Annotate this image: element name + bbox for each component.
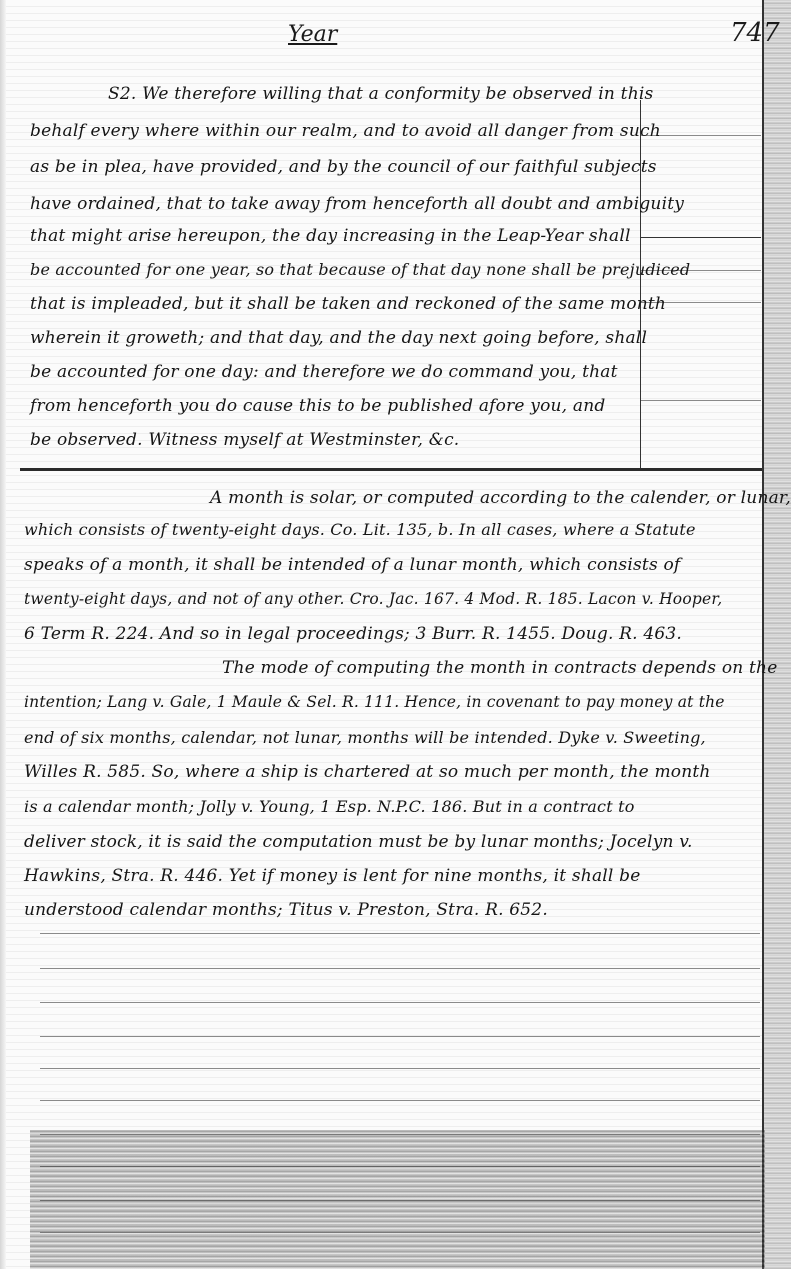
ledger-rule [40, 1036, 760, 1037]
page-right-edge-binding [762, 0, 791, 1269]
month-line: Willes R. 585. So, where a ship is chart… [24, 762, 711, 782]
month-line: The mode of computing the month in contr… [222, 658, 777, 678]
ledger-rule [40, 1068, 760, 1069]
outer-margin-line [762, 0, 764, 1269]
month-line: which consists of twenty-eight days. Co.… [24, 520, 696, 539]
ledger-rule [40, 968, 760, 969]
section-divider [20, 468, 762, 471]
month-line: end of six months, calendar, not lunar, … [24, 728, 706, 747]
month-line: speaks of a month, it shall be intended … [24, 555, 680, 575]
s2-line: from henceforth you do cause this to be … [30, 396, 605, 416]
month-line: Hawkins, Stra. R. 446. Yet if money is l… [24, 866, 641, 886]
s2-line: have ordained, that to take away from he… [30, 194, 684, 214]
s2-line: that might arise hereupon, the day incre… [30, 226, 631, 246]
month-line: 6 Term R. 224. And so in legal proceedin… [24, 624, 682, 644]
s2-line: be accounted for one year, so that becau… [30, 260, 690, 279]
month-line: understood calendar months; Titus v. Pre… [24, 900, 548, 920]
month-line: twenty-eight days, and not of any other.… [24, 590, 722, 608]
s2-line: that is impleaded, but it shall be taken… [30, 294, 666, 314]
manuscript-page: Year 747 S2. We therefore willing that a… [0, 0, 791, 1269]
month-line: is a calendar month; Jolly v. Young, 1 E… [24, 797, 635, 816]
ledger-rule [40, 1100, 760, 1101]
month-line: intention; Lang v. Gale, 1 Maule & Sel. … [24, 693, 725, 711]
s2-line: be accounted for one day: and therefore … [30, 362, 618, 382]
ledger-rule [40, 1002, 760, 1003]
margin-rule [641, 400, 761, 401]
page-left-edge [0, 0, 6, 1269]
page-number: 747 [730, 18, 780, 48]
ledger-rule [40, 933, 760, 934]
s2-line: as be in plea, have provided, and by the… [30, 157, 657, 177]
s2-line: S2. We therefore willing that a conformi… [108, 84, 653, 104]
right-margin-line [640, 100, 641, 468]
page-heading: Year [288, 22, 337, 47]
s2-line: be observed. Witness myself at Westminst… [30, 430, 459, 450]
margin-rule [641, 237, 761, 238]
month-line: deliver stock, it is said the computatio… [24, 832, 693, 852]
s2-line: wherein it groweth; and that day, and th… [30, 328, 647, 348]
scan-noise-shading [30, 1130, 765, 1269]
month-line: A month is solar, or computed according … [210, 488, 791, 508]
s2-line: behalf every where within our realm, and… [30, 121, 661, 141]
